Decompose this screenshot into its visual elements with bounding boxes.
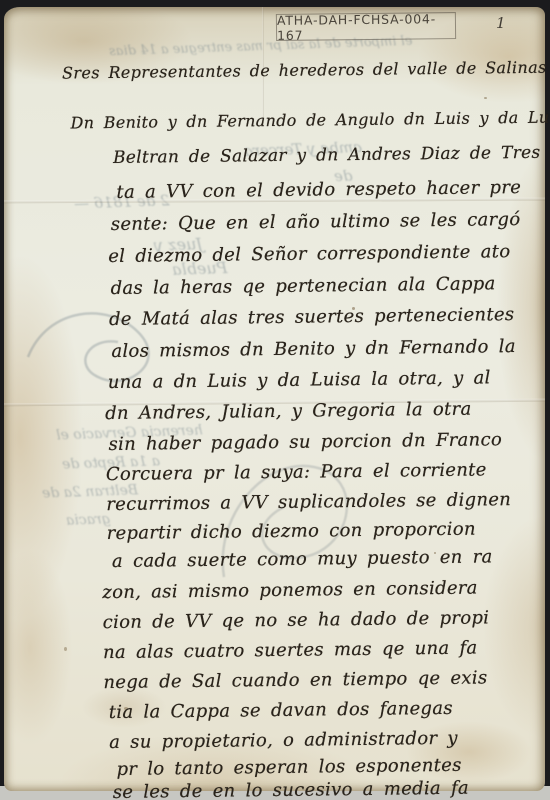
manuscript-line: se les de en lo sucesivo a media fa <box>113 780 469 800</box>
manuscript-line: Beltran de Salazar y dn Andres Diaz de T… <box>113 145 541 167</box>
manuscript-page: el importe de la sal pr mas entregue a 1… <box>4 7 545 791</box>
manuscript-line: cion de VV qe no se ha dado de propi <box>103 609 490 632</box>
manuscript-line: dn Andres, Julian, y Gregoria la otra <box>105 401 472 423</box>
handwritten-text-block: Sres Representantes de herederos del val… <box>0 4 550 795</box>
manuscript-line: Dn Benito y dn Fernando de Angulo dn Lui… <box>71 109 550 131</box>
manuscript-line: das la heras qe pertenecian ala Cappa <box>111 275 496 298</box>
manuscript-line: alos mismos dn Benito y dn Fernando la <box>111 338 516 361</box>
manuscript-line: pr lo tanto esperan los esponentes <box>116 757 461 779</box>
manuscript-line: ta a VV con el devido respeto hacer pre <box>116 179 521 202</box>
scan-background: el importe de la sal pr mas entregue a 1… <box>0 0 550 800</box>
manuscript-line: tia la Cappa se davan dos fanegas <box>109 700 453 722</box>
manuscript-line: de Matá alas tres suertes pertenecientes <box>109 306 515 329</box>
document-heading: Sres Representantes de herederos del val… <box>62 60 547 82</box>
manuscript-line: Corcuera pr la suya: Para el corriente <box>106 461 487 484</box>
manuscript-line: na alas cuatro suertes mas qe una fa <box>103 640 478 663</box>
manuscript-line: zon, asi mismo ponemos en considera <box>102 580 478 603</box>
manuscript-line: a su propietario, o administrador y <box>109 730 458 752</box>
manuscript-line: sin haber pagado su porcion dn Franco <box>108 431 502 454</box>
manuscript-line: una a dn Luis y da Luisa la otra, y al <box>108 369 491 392</box>
manuscript-line: a cada suerte como muy puesto en ra <box>112 548 493 571</box>
manuscript-line: nega de Sal cuando en tiempo qe exis <box>103 669 487 692</box>
manuscript-line: el diezmo del Señor correspondiente ato <box>108 243 510 266</box>
manuscript-line: repartir dicho diezmo con proporcion <box>107 521 476 544</box>
manuscript-line: recurrimos a VV suplicandoles se dignen <box>106 491 511 514</box>
manuscript-line: sente: Que en el año ultimo se les cargó <box>111 211 521 234</box>
